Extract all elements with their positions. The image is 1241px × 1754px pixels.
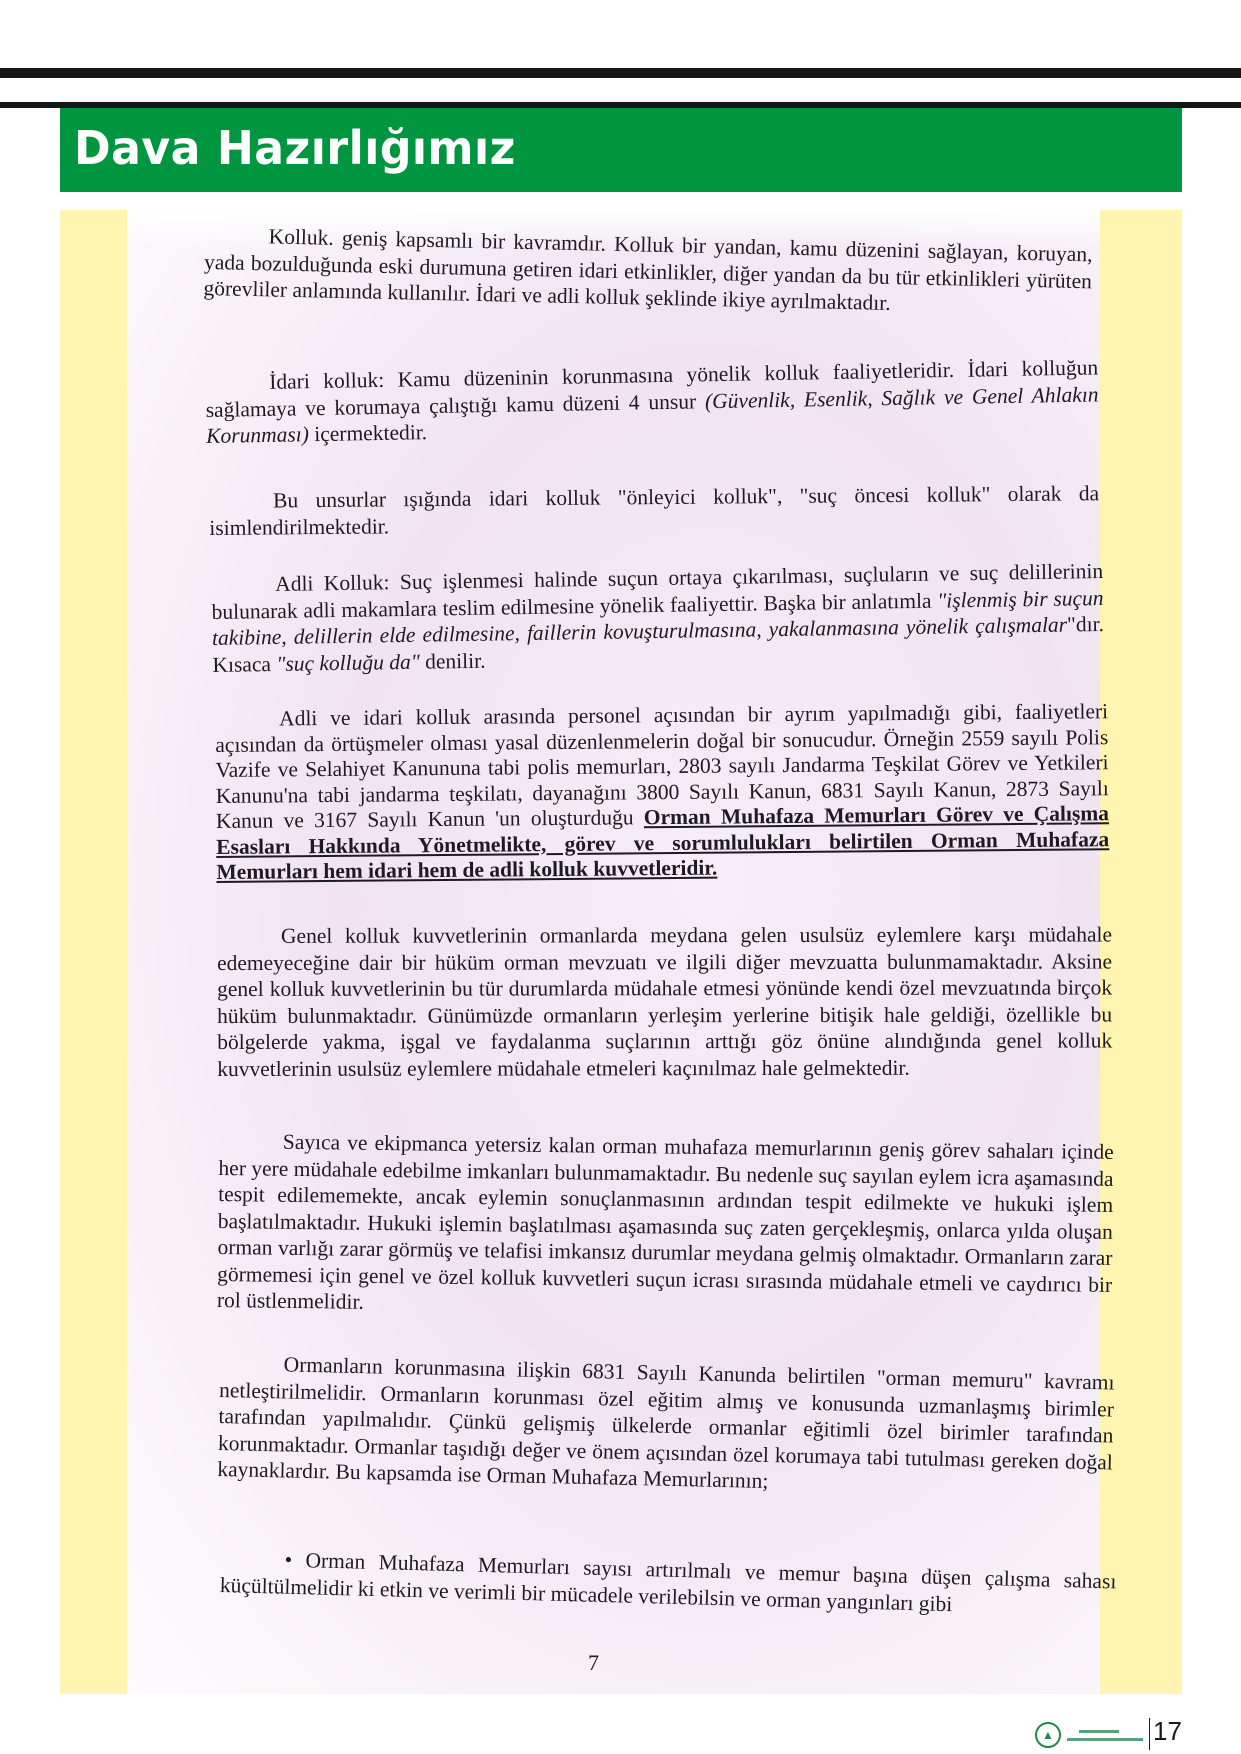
- paragraph-bullet-memur-sayisi: • Orman Muhafaza Memurları sayısı artırı…: [220, 1545, 1117, 1621]
- scanned-page-number: 7: [588, 1650, 599, 1676]
- paragraph-genel-kolluk: Genel kolluk kuvvetlerinin ormanlarda me…: [217, 921, 1112, 1082]
- paragraph-adli-kolluk: Adli Kolluk: Suç işlenmesi halinde suçun…: [211, 558, 1105, 678]
- section-header: Dava Hazırlığımız: [60, 108, 1182, 192]
- text-segment: Genel kolluk kuvvetlerinin ormanlarda me…: [217, 922, 1112, 1080]
- text-segment: "suç kolluğu da": [276, 649, 420, 675]
- text-segment: içermektedir.: [309, 420, 428, 446]
- text-segment: • Orman Muhafaza Memurları sayısı artırı…: [220, 1548, 1117, 1616]
- logo-text-line: [1079, 1730, 1119, 1733]
- scanned-document-page: Kolluk. geniş kapsamlı bir kavramdır. Ko…: [127, 210, 1100, 1694]
- paragraph-idari-kolluk: İdari kolluk: Kamu düzeninin korunmasına…: [205, 354, 1099, 449]
- text-segment: Bu unsurlar ışığında idari kolluk "önley…: [209, 481, 1099, 539]
- text-segment: Sayıca ve ekipmanca yetersiz kalan orman…: [217, 1130, 1114, 1314]
- association-emblem-icon: ▲: [1035, 1722, 1061, 1748]
- footer-divider: [1149, 1718, 1150, 1750]
- logo-text-line: [1067, 1738, 1143, 1741]
- page-number: 17: [1153, 1716, 1182, 1747]
- text-segment: Ormanların korunmasına ilişkin 6831 Sayı…: [217, 1352, 1115, 1493]
- paragraph-orman-memuru-kavrami: Ormanların korunmasına ilişkin 6831 Sayı…: [217, 1350, 1115, 1502]
- top-rule: [0, 68, 1241, 78]
- association-logo: ▲: [1035, 1722, 1145, 1750]
- paragraph-yetersiz-memur: Sayıca ve ekipmanca yetersiz kalan orman…: [217, 1128, 1114, 1324]
- content-panel: Kolluk. geniş kapsamlı bir kavramdır. Ko…: [60, 210, 1182, 1694]
- paragraph-onleyici-kolluk: Bu unsurlar ışığında idari kolluk "önley…: [209, 480, 1099, 541]
- section-title: Dava Hazırlığımız: [74, 121, 516, 175]
- text-segment: denilir.: [420, 648, 486, 673]
- paragraph-adli-idari-overlap: Adli ve idari kolluk arasında personel a…: [215, 699, 1110, 885]
- text-segment: Kolluk. geniş kapsamlı bir kavramdır. Ko…: [203, 224, 1092, 315]
